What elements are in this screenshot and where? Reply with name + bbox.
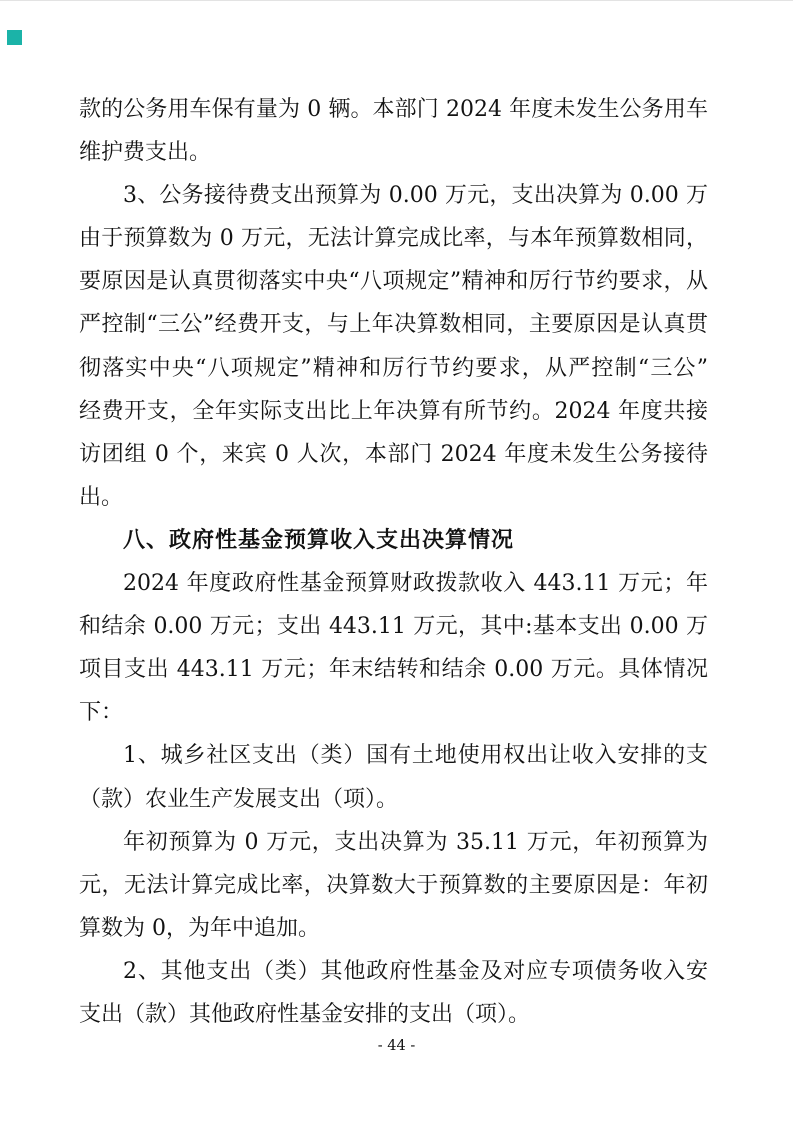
- document-body: 款的公务用车保有量为 0 辆。本部门 2024 年度未发生公务用车运行维护费支出…: [79, 88, 708, 1036]
- text-line: 出。: [79, 476, 708, 519]
- text-line: 1、城乡社区支出（类）国有土地使用权出让收入安排的支出: [79, 734, 708, 777]
- text-line: 项目支出 443.11 万元；年末结转和结余 0.00 万元。具体情况如: [79, 648, 708, 691]
- text-line: 由于预算数为 0 万元，无法计算完成比率，与本年预算数相同，主: [79, 217, 708, 260]
- text-line: （款）农业生产发展支出（项）。: [79, 778, 708, 821]
- page-footer: - 44 -: [0, 1036, 793, 1056]
- text-line: 维护费支出。: [79, 131, 708, 174]
- text-line: 算数为 0，为年中追加。: [79, 907, 708, 950]
- text-line: 2024 年度政府性基金预算财政拨款收入 443.11 万元；年初结转: [79, 562, 708, 605]
- page-top-edge-divider: [0, 0, 793, 1]
- text-line: 支出（款）其他政府性基金安排的支出（项）。: [79, 993, 708, 1036]
- text-line: 和结余 0.00 万元；支出 443.11 万元，其中:基本支出 0.00 万元…: [79, 605, 708, 648]
- text-line: 2、其他支出（类）其他政府性基金及对应专项债务收入安排的: [79, 950, 708, 993]
- text-line: 年初预算为 0 万元，支出决算为 35.11 万元，年初预算为 0 万: [79, 821, 708, 864]
- text-line: 经费开支，全年实际支出比上年决算有所节约。2024 年度共接待来: [79, 390, 708, 433]
- section-heading: 八、政府性基金预算收入支出决算情况: [79, 519, 708, 562]
- text-line: 要原因是认真贯彻落实中央“八项规定”精神和厉行节约要求，从: [79, 260, 708, 303]
- document-page: 款的公务用车保有量为 0 辆。本部门 2024 年度未发生公务用车运行维护费支出…: [0, 0, 793, 1122]
- text-line: 彻落实中央“八项规定”精神和厉行节约要求，从严控制“三公”: [79, 347, 708, 390]
- text-line: 款的公务用车保有量为 0 辆。本部门 2024 年度未发生公务用车运行: [79, 88, 708, 131]
- text-line: 下：: [79, 691, 708, 734]
- text-line: 元，无法计算完成比率，决算数大于预算数的主要原因是：年初预: [79, 864, 708, 907]
- text-line: 严控制“三公”经费开支，与上年决算数相同，主要原因是认真贯: [79, 303, 708, 346]
- text-line: 3、公务接待费支出预算为 0.00 万元，支出决算为 0.00 万元，: [79, 174, 708, 217]
- page-number: - 44 -: [378, 1038, 415, 1054]
- teal-corner-marker: [7, 30, 22, 45]
- text-line: 访团组 0 个，来宾 0 人次，本部门 2024 年度未发生公务接待费支: [79, 433, 708, 476]
